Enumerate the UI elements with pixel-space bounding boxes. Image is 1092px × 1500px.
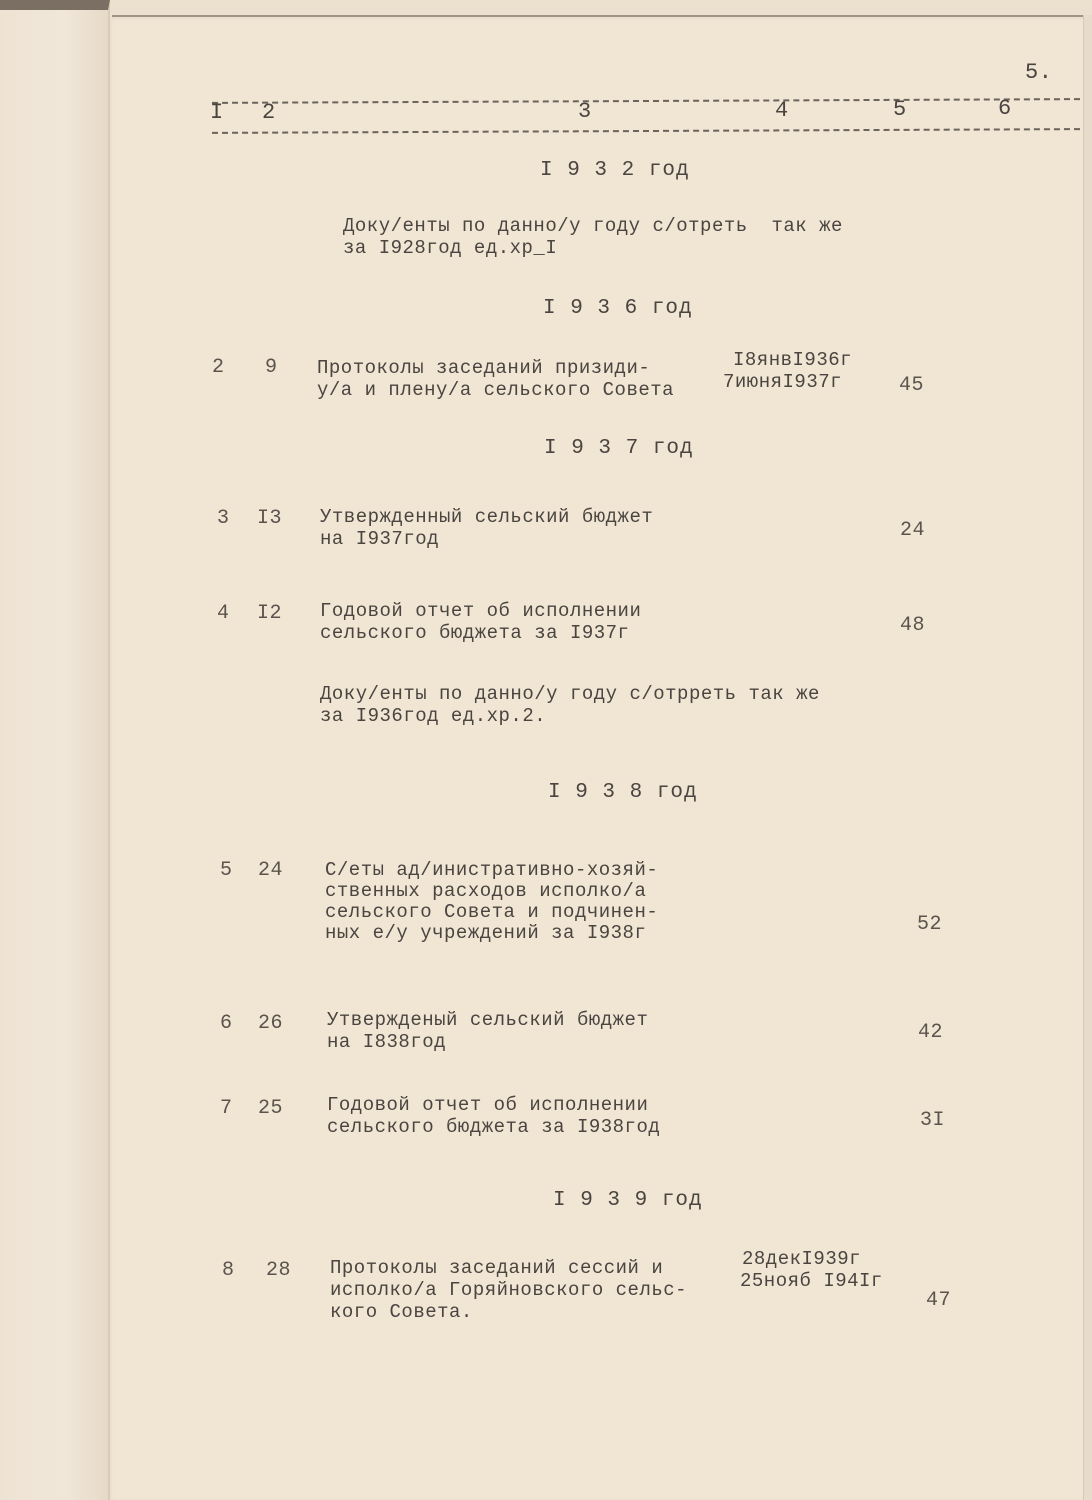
column-header-6: 6 [998, 98, 1012, 120]
storage-unit-number: I2 [257, 603, 282, 625]
entry-title: Протоколы заседаний сессий и [330, 1257, 663, 1279]
entry-title: Протоколы заседаний призиди- [317, 357, 650, 379]
entry-title: сельского бюджета за I937г [320, 622, 629, 644]
entry-title: Утвержденный сельский бюджет [320, 506, 653, 528]
entry-title: Годовой отчет об исполнении [327, 1094, 648, 1116]
entry-title: на I937год [320, 528, 439, 550]
section-year: I 9 3 8 год [548, 782, 698, 804]
section-year: I 9 3 9 год [553, 1190, 703, 1212]
entry-title: Утвержденый сельский бюджет [327, 1009, 648, 1031]
storage-unit-number: 24 [258, 860, 283, 882]
section-year: I 9 3 7 год [544, 438, 694, 460]
entry-number: 4 [217, 603, 230, 625]
entry-title: Годовой отчет об исполнении [320, 600, 641, 622]
entry-title: на I838год [327, 1031, 446, 1053]
entry-number: 2 [212, 357, 225, 379]
entry-title: ных е/у учреждений за I938г [325, 922, 646, 944]
sheet-count: 47 [926, 1290, 951, 1312]
sheet-count: 3I [920, 1110, 945, 1132]
entry-number: 7 [220, 1098, 233, 1120]
column-header-3: 3 [578, 101, 592, 123]
binder-spine [0, 0, 110, 1500]
storage-unit-number: I3 [257, 508, 282, 530]
storage-unit-number: 26 [258, 1013, 283, 1035]
entry-title: сельского бюджета за I938год [327, 1116, 660, 1138]
cross-reference-note: Доку/енты по данно/у году с/отреть так ж… [343, 215, 843, 237]
sheet-count: 24 [900, 520, 925, 542]
column-header-5: 5 [893, 99, 907, 121]
entry-title: кого Совета. [330, 1301, 473, 1323]
entry-number: 5 [220, 860, 233, 882]
cross-reference-note: за I936год ед.хр.2. [320, 705, 546, 727]
entry-title: ственных расходов исполко/а [325, 880, 646, 902]
entry-title: С/еты ад/инистративно-хозяй- [325, 859, 658, 881]
entry-date-end: 7июняI937г [723, 371, 842, 393]
column-header-4: 4 [775, 100, 789, 122]
column-header-1: I [210, 102, 224, 124]
entry-title: исполко/а Горяйновского сельс- [330, 1279, 687, 1301]
entry-number: 8 [222, 1260, 235, 1282]
entry-date-start: I8янвI936г [733, 349, 852, 371]
cross-reference-note: Доку/енты по данно/у году с/отрреть так … [320, 683, 820, 705]
sheet-count: 48 [900, 615, 925, 637]
page-edge [1083, 15, 1092, 1500]
section-year: I 9 3 2 год [540, 160, 690, 182]
entry-number: 6 [220, 1013, 233, 1035]
entry-title: у/а и плену/а сельского Совета [317, 379, 674, 401]
sheet-count: 42 [918, 1022, 943, 1044]
entry-number: 3 [217, 508, 230, 530]
cross-reference-note: за I928год ед.хр_I [343, 237, 557, 259]
storage-unit-number: 25 [258, 1098, 283, 1120]
section-year: I 9 3 6 год [543, 298, 693, 320]
storage-unit-number: 28 [266, 1260, 291, 1282]
page-number: 5. [1025, 62, 1052, 84]
sheet-count: 45 [899, 375, 924, 397]
entry-title: сельского Совета и подчинен- [325, 901, 658, 923]
column-header-2: 2 [262, 102, 276, 124]
storage-unit-number: 9 [265, 357, 278, 379]
entry-date-start: 28декI939г [742, 1248, 861, 1270]
entry-date-end: 25нояб I94Iг [740, 1270, 883, 1292]
sheet-count: 52 [917, 914, 942, 936]
